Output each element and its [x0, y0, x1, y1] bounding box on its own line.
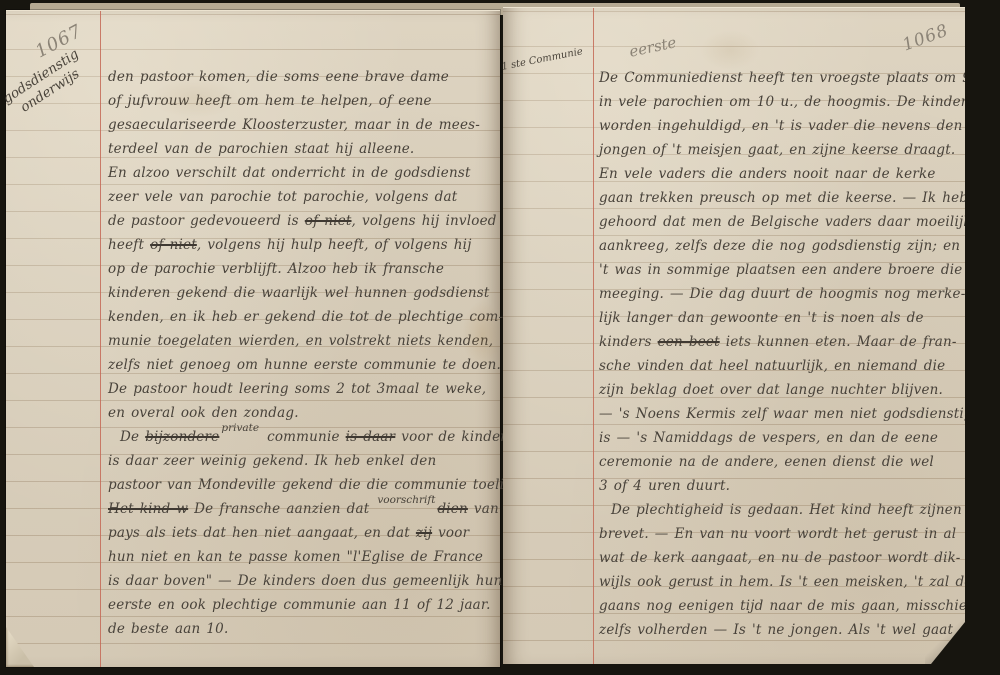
handwriting-segment: wijls ook gerust in hem. Is 't een meisk… [599, 574, 992, 590]
manuscript-line: den pastoor komen, die soms eene brave d… [108, 65, 494, 89]
handwriting-segment: De [108, 429, 145, 445]
manuscript-line: gaan trekken preusch op met die keerse. … [599, 186, 959, 210]
manuscript-line: eerste en ook plechtige communie aan 11 … [108, 593, 494, 617]
handwriting-segment: 't was in sommige plaatsen een andere br… [599, 262, 962, 278]
handwriting-segment: De pastoor houdt leering soms 2 tot 3maa… [108, 381, 486, 397]
handwriting-segment: jongen of 't meisjen gaat, en zijne keer… [599, 142, 955, 158]
handwriting-segment: brevet. — En van nu voort wordt het geru… [599, 526, 956, 542]
handwriting-segment: De fransche aanzien dat [188, 501, 375, 517]
manuscript-line: kinders een beet iets kunnen eten. Maar … [599, 330, 959, 354]
manuscript-line: is — 's Namiddags de vespers, en dan de … [599, 426, 959, 450]
manuscript-line: de pastoor gedevoueerd is of niet, volge… [108, 209, 494, 233]
handwriting-segment: worden ingehuldigd, en 't is vader die n… [599, 118, 963, 134]
struck-word: bijzondere [145, 429, 219, 445]
handwriting-segment: En alzoo verschilt dat onderricht in de … [108, 165, 471, 181]
struck-word: is daar [346, 429, 396, 445]
manuscript-line: zelfs niet genoeg om hunne eerste commun… [108, 353, 494, 377]
handwriting-segment: , volgens hij invloed [352, 213, 497, 229]
manuscript-line: heeft of niet, volgens hij hulp heeft, o… [108, 233, 494, 257]
handwriting-segment: de pastoor gedevoueerd is [108, 213, 305, 229]
manuscript-line: zelfs volherden — Is 't ne jongen. Als '… [599, 618, 959, 642]
left-page-corner-fold [6, 627, 34, 667]
handwriting-segment: gesaeculariseerde Kloosterzuster, maar i… [108, 117, 480, 133]
manuscript-line: meeging. — Die dag duurt de hoogmis nog … [599, 282, 959, 306]
struck-word: zij [416, 525, 432, 541]
manuscript-line: hun niet en kan te passe komen "l'Eglise… [108, 545, 494, 569]
handwriting-segment: zeer vele van parochie tot parochie, vol… [108, 189, 457, 205]
handwriting-segment: kinderen gekend die waarlijk wel hunnen … [108, 285, 490, 301]
manuscript-line: De bijzondereprivate communie is daar vo… [108, 425, 494, 449]
handwriting-segment: De plechtigheid is gedaan. Het kind heef… [599, 502, 962, 518]
handwriting-segment: eerste en ook plechtige communie aan 11 … [108, 597, 491, 613]
manuscript-line: En alzoo verschilt dat onderricht in de … [108, 161, 494, 185]
handwriting-segment: in vele parochien om 10 u., de hoogmis. … [599, 94, 975, 110]
manuscript-line: jongen of 't meisjen gaat, en zijne keer… [599, 138, 959, 162]
manuscript-line: gesaeculariseerde Kloosterzuster, maar i… [108, 113, 494, 137]
handwriting-segment: communie [261, 429, 346, 445]
manuscript-line: En vele vaders die anders nooit naar de … [599, 162, 959, 186]
struck-word: Het kind w [108, 501, 188, 517]
handwriting-segment: voor de kinders [395, 429, 514, 445]
manuscript-line: munie toegelaten wierden, en volstrekt n… [108, 329, 494, 353]
manuscript-line: Het kind w De fransche aanzien dat voors… [108, 497, 494, 521]
right-page-number: 1068 [900, 21, 951, 56]
manuscript-line: gaans nog eenigen tijd naar de mis gaan,… [599, 594, 959, 618]
manuscript-line: de beste aan 10. [108, 617, 494, 641]
manuscript-line: 3 of 4 uren duurt. [599, 474, 959, 498]
handwriting-segment: pastoor van Mondeville gekend die die co… [108, 477, 522, 493]
left-page: 1067 godsdienstig onderwijs den pastoor … [6, 10, 500, 667]
manuscript-line: gehoord dat men de Belgische vaders daar… [599, 210, 959, 234]
handwriting-segment: iets kunnen eten. Maar de fran- [720, 334, 957, 350]
manuscript-line: sche vinden dat heel natuurlijk, en niem… [599, 354, 959, 378]
inserted-word: private [221, 422, 259, 434]
handwriting-segment: gaan trekken preusch op met die keerse. … [599, 190, 968, 206]
manuscript-line: en overal ook den zondag. [108, 401, 494, 425]
struck-word: dien [437, 501, 467, 517]
handwriting-segment: En vele vaders die anders nooit naar de … [599, 166, 936, 182]
manuscript-line: pays als iets dat hen niet aangaat, en d… [108, 521, 494, 545]
handwriting-segment: zelfs volherden — Is 't ne jongen. Als '… [599, 622, 953, 638]
manuscript-line: zeer vele van parochie tot parochie, vol… [108, 185, 494, 209]
manuscript-line: De plechtigheid is gedaan. Het kind heef… [599, 498, 959, 522]
manuscript-line: wijls ook gerust in hem. Is 't een meisk… [599, 570, 959, 594]
manuscript-line: kinderen gekend die waarlijk wel hunnen … [108, 281, 494, 305]
manuscript-line: aankreeg, zelfs deze die nog godsdiensti… [599, 234, 959, 258]
handwriting-segment: , volgens hij hulp heeft, of volgens hij [197, 237, 472, 253]
handwriting-segment: zelfs niet genoeg om hunne eerste commun… [108, 357, 501, 373]
handwriting-segment: ceremonie na de andere, eenen dienst die… [599, 454, 934, 470]
left-page-margin-rule [100, 11, 101, 667]
handwriting-segment: is — 's Namiddags de vespers, en dan de … [599, 430, 938, 446]
handwriting-segment: is daar zeer weinig gekend. Ik heb enkel… [108, 453, 436, 469]
manuscript-line: 't was in sommige plaatsen een andere br… [599, 258, 959, 282]
struck-word: een beet [658, 334, 720, 350]
manuscript-line: is daar boven" — De kinders doen dus gem… [108, 569, 494, 593]
right-pencil-note: eerste [628, 33, 678, 60]
handwriting-segment: heeft [108, 237, 150, 253]
manuscript-line: De pastoor houdt leering soms 2 tot 3maa… [108, 377, 494, 401]
manuscript-line: ceremonie na de andere, eenen dienst die… [599, 450, 959, 474]
inserted-word: voorschrift [377, 494, 435, 506]
left-page-text: den pastoor komen, die soms eene brave d… [108, 65, 494, 641]
handwriting-segment: de beste aan 10. [108, 621, 228, 637]
right-page-margin-rule [593, 8, 594, 664]
handwriting-segment: en overal ook den zondag. [108, 405, 299, 421]
handwriting-segment: kenden, en ik heb er gekend die tot de p… [108, 309, 503, 325]
right-page-cut-corner [925, 616, 965, 664]
handwriting-segment: voor [432, 525, 469, 541]
manuscript-line: is daar zeer weinig gekend. Ik heb enkel… [108, 449, 494, 473]
handwriting-segment: munie toegelaten wierden, en volstrekt n… [108, 333, 493, 349]
handwriting-segment: den pastoor komen, die soms eene brave d… [108, 69, 449, 85]
handwriting-segment: 3 of 4 uren duurt. [599, 478, 730, 494]
manuscript-line: op de parochie verblijft. Alzoo heb ik f… [108, 257, 494, 281]
handwriting-segment: aankreeg, zelfs deze die nog godsdiensti… [599, 238, 960, 254]
right-page: 1068 1 ste Communie eerste De Communiedi… [503, 7, 965, 664]
handwriting-segment: lijk langer dan gewoonte en 't is noen a… [599, 310, 924, 326]
handwriting-segment: zijn beklag doet over dat lange nuchter … [599, 382, 943, 398]
manuscript-line: terdeel van de parochien staat hij allee… [108, 137, 494, 161]
struck-word: of niet [305, 213, 352, 229]
handwriting-segment: op de parochie verblijft. Alzoo heb ik f… [108, 261, 444, 277]
handwriting-segment: gehoord dat men de Belgische vaders daar… [599, 214, 972, 230]
handwriting-segment: sche vinden dat heel natuurlijk, en niem… [599, 358, 945, 374]
manuscript-line: pastoor van Mondeville gekend die die co… [108, 473, 494, 497]
handwriting-segment: meeging. — Die dag duurt de hoogmis nog … [599, 286, 965, 302]
manuscript-scan: 1067 godsdienstig onderwijs den pastoor … [0, 0, 1000, 675]
handwriting-segment: kinders [599, 334, 658, 350]
manuscript-line: lijk langer dan gewoonte en 't is noen a… [599, 306, 959, 330]
manuscript-line: in vele parochien om 10 u., de hoogmis. … [599, 90, 959, 114]
manuscript-line: De Communiedienst heeft ten vroegste pla… [599, 66, 959, 90]
right-margin-note: 1 ste Communie [501, 46, 584, 73]
handwriting-segment: wat de kerk aangaat, en nu de pastoor wo… [599, 550, 961, 566]
handwriting-segment: gaans nog eenigen tijd naar de mis gaan,… [599, 598, 976, 614]
manuscript-line: of jufvrouw heeft om hem te helpen, of e… [108, 89, 494, 113]
manuscript-line: brevet. — En van nu voort wordt het geru… [599, 522, 959, 546]
manuscript-line: wat de kerk aangaat, en nu de pastoor wo… [599, 546, 959, 570]
handwriting-segment: — 's Noens Kermis zelf waar men niet god… [599, 406, 973, 422]
manuscript-line: worden ingehuldigd, en 't is vader die n… [599, 114, 959, 138]
handwriting-segment: of jufvrouw heeft om hem te helpen, of e… [108, 93, 432, 109]
manuscript-line: kenden, en ik heb er gekend die tot de p… [108, 305, 494, 329]
manuscript-line: zijn beklag doet over dat lange nuchter … [599, 378, 959, 402]
handwriting-segment: is daar boven" — De kinders doen dus gem… [108, 573, 520, 589]
struck-word: of niet [150, 237, 197, 253]
handwriting-segment: De Communiedienst heeft ten vroegste pla… [599, 70, 1000, 86]
handwriting-segment: pays als iets dat hen niet aangaat, en d… [108, 525, 416, 541]
handwriting-segment: terdeel van de parochien staat hij allee… [108, 141, 414, 157]
right-page-text: De Communiedienst heeft ten vroegste pla… [599, 66, 959, 642]
handwriting-segment: hun niet en kan te passe komen "l'Eglise… [108, 549, 483, 565]
manuscript-line: — 's Noens Kermis zelf waar men niet god… [599, 402, 959, 426]
